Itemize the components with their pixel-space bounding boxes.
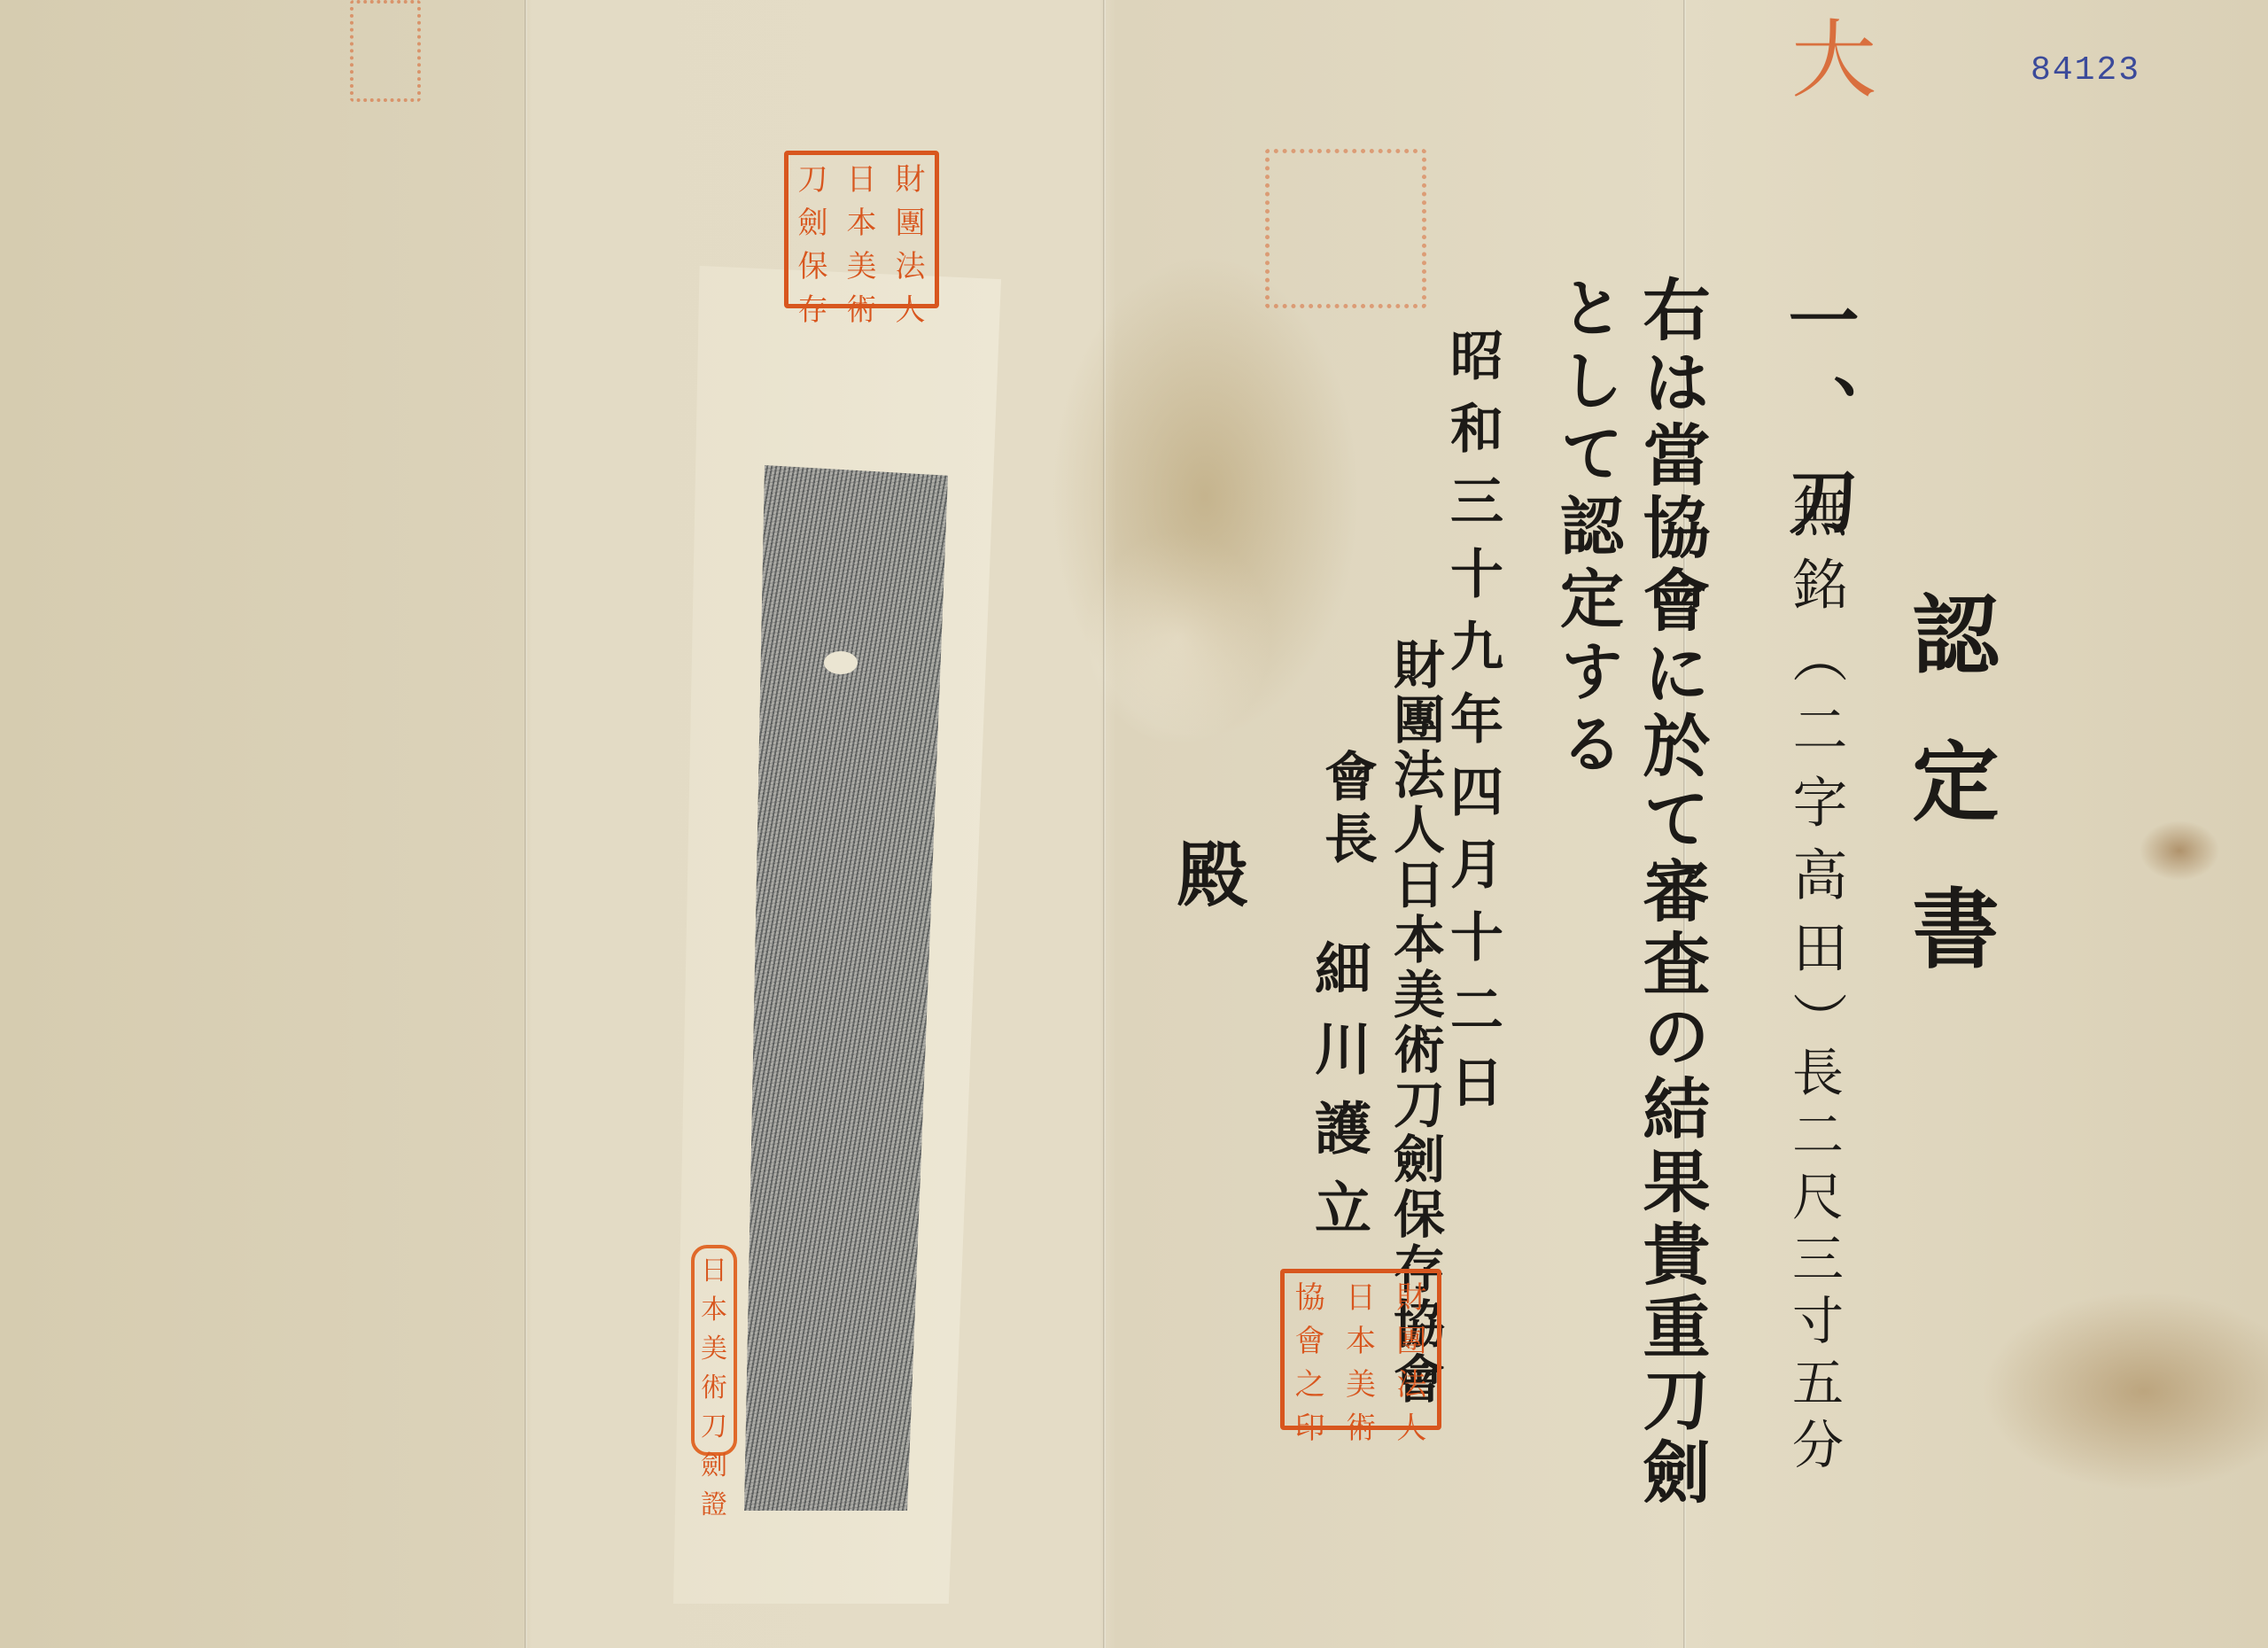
faded-seal bbox=[1265, 149, 1426, 308]
certification-text-cont: として認定する bbox=[1555, 275, 1619, 783]
signature-note: 無銘（二字高田） bbox=[1788, 483, 1843, 1064]
faded-top-left-seal bbox=[350, 0, 421, 102]
paper-fold bbox=[524, 0, 527, 1648]
association-seal-top: 財團法人 日本美術 刀劍保存 bbox=[784, 151, 939, 308]
addressee-honorific: 殿 bbox=[1171, 837, 1242, 908]
serial-number: 84123 bbox=[2031, 51, 2140, 89]
certificate-title: 認定書 bbox=[1905, 589, 1992, 1030]
certification-text: 右は當協會に於て審査の結果貴重刀劍 bbox=[1637, 275, 1705, 1510]
issue-date: 昭和三十九年四月十二日 bbox=[1446, 328, 1499, 1127]
paper-fold bbox=[1103, 0, 1106, 1648]
issuer-name: 細川護立 bbox=[1309, 939, 1366, 1258]
top-right-seal: 大 bbox=[1790, 0, 1878, 106]
oshigata-seal: 日本美術刀劍證 bbox=[691, 1245, 737, 1456]
association-seal-bottom: 財團法人 日本美術 協會之印 bbox=[1280, 1269, 1441, 1430]
mekugi-hole bbox=[824, 651, 858, 674]
blade-length: 長二尺三寸五分 bbox=[1788, 1046, 1839, 1480]
issuer-role: 會長 bbox=[1320, 749, 1373, 873]
